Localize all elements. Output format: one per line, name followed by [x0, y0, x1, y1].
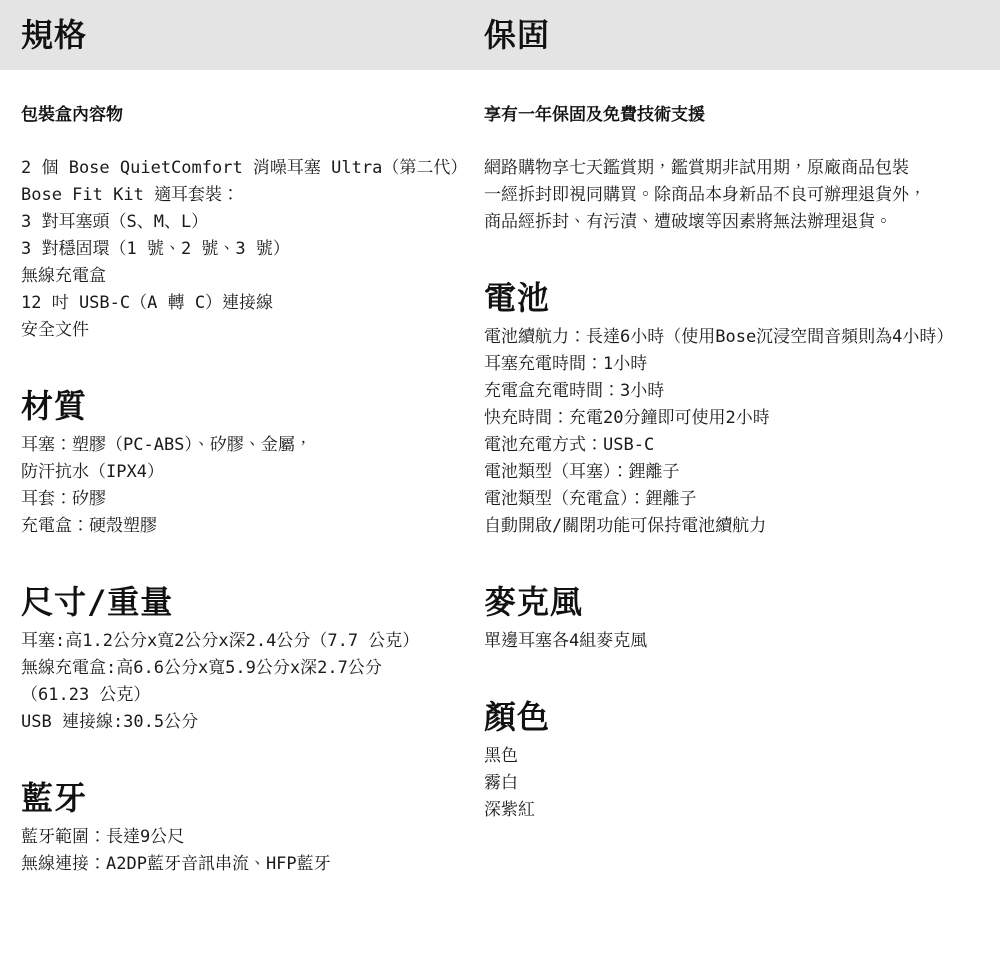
section-lines-microphone: 單邊耳塞各4組麥克風: [484, 628, 990, 655]
spec-line: （61.23 公克）: [21, 682, 484, 709]
section-lines-materials: 耳塞：塑膠（PC-ABS）、矽膠、金屬，防汗抗水（IPX4）耳套：矽膠充電盒：硬…: [21, 432, 484, 540]
specs-band-title: 規格: [21, 17, 484, 53]
section-lines-dimensions-weight: 耳塞:高1.2公分x寬2公分x深2.4公分（7.7 公克）無線充電盒:高6.6公…: [21, 628, 484, 736]
section-title-colors: 顏色: [484, 697, 990, 737]
spec-line: 防汗抗水（IPX4）: [21, 459, 484, 486]
section-dimensions-weight: 尺寸/重量耳塞:高1.2公分x寬2公分x深2.4公分（7.7 公克）無線充電盒:…: [21, 582, 484, 736]
section-box-contents: 包裝盒內容物2 個 Bose QuietComfort 消噪耳塞 Ultra（第…: [21, 104, 484, 344]
spec-line: 黑色: [484, 743, 990, 770]
spec-line: 商品經拆封、有污漬、遭破壞等因素將無法辦理退貨。: [484, 209, 990, 236]
spec-content: 包裝盒內容物2 個 Bose QuietComfort 消噪耳塞 Ultra（第…: [0, 70, 1000, 878]
spec-line: 充電盒充電時間：3小時: [484, 378, 990, 405]
page-header-band: 規格 保固: [0, 0, 1000, 70]
section-subtitle-box-contents: 包裝盒內容物: [21, 104, 484, 127]
section-subtitle-warranty-info: 享有一年保固及免費技術支援: [484, 104, 990, 127]
warranty-band-title: 保固: [484, 17, 990, 53]
spec-line: 自動開啟/關閉功能可保持電池續航力: [484, 513, 990, 540]
spec-line: 3 對耳塞頭（S、M、L）: [21, 209, 484, 236]
section-title-microphone: 麥克風: [484, 582, 990, 622]
section-lines-battery: 電池續航力：長達6小時（使用Bose沉浸空間音頻則為4小時）耳塞充電時間：1小時…: [484, 324, 990, 540]
section-title-dimensions-weight: 尺寸/重量: [21, 582, 484, 622]
section-lines-bluetooth: 藍牙範圍：長達9公尺無線連接：A2DP藍牙音訊串流、HFP藍牙: [21, 824, 484, 878]
spec-line: 電池類型（充電盒）：鋰離子: [484, 486, 990, 513]
section-microphone: 麥克風單邊耳塞各4組麥克風: [484, 582, 990, 655]
spec-line: 2 個 Bose QuietComfort 消噪耳塞 Ultra（第二代）: [21, 155, 484, 182]
spec-line: 霧白: [484, 770, 990, 797]
section-warranty-info: 享有一年保固及免費技術支援網路購物享七天鑑賞期，鑑賞期非試用期，原廠商品包裝一經…: [484, 104, 990, 236]
spec-line: 無線充電盒: [21, 263, 484, 290]
spec-line: 單邊耳塞各4組麥克風: [484, 628, 990, 655]
spec-line: 深紫紅: [484, 797, 990, 824]
spec-line: 無線連接：A2DP藍牙音訊串流、HFP藍牙: [21, 851, 484, 878]
spec-line: 一經拆封即視同購買。除商品本身新品不良可辦理退貨外，: [484, 182, 990, 209]
section-colors: 顏色黑色霧白深紫紅: [484, 697, 990, 824]
left-column: 包裝盒內容物2 個 Bose QuietComfort 消噪耳塞 Ultra（第…: [21, 70, 484, 878]
section-battery: 電池電池續航力：長達6小時（使用Bose沉浸空間音頻則為4小時）耳塞充電時間：1…: [484, 278, 990, 540]
spec-line: 電池類型（耳塞）：鋰離子: [484, 459, 990, 486]
section-lines-colors: 黑色霧白深紫紅: [484, 743, 990, 824]
spec-line: 充電盒：硬殼塑膠: [21, 513, 484, 540]
spec-line: 電池充電方式：USB-C: [484, 432, 990, 459]
section-title-bluetooth: 藍牙: [21, 778, 484, 818]
section-title-materials: 材質: [21, 386, 484, 426]
spec-line: 耳塞:高1.2公分x寬2公分x深2.4公分（7.7 公克）: [21, 628, 484, 655]
section-bluetooth: 藍牙藍牙範圍：長達9公尺無線連接：A2DP藍牙音訊串流、HFP藍牙: [21, 778, 484, 878]
spec-line: 安全文件: [21, 317, 484, 344]
section-title-battery: 電池: [484, 278, 990, 318]
right-column: 享有一年保固及免費技術支援網路購物享七天鑑賞期，鑑賞期非試用期，原廠商品包裝一經…: [484, 70, 990, 824]
spec-line: 12 吋 USB-C（A 轉 C）連接線: [21, 290, 484, 317]
spec-line: 藍牙範圍：長達9公尺: [21, 824, 484, 851]
spec-line: 快充時間：充電20分鐘即可使用2小時: [484, 405, 990, 432]
section-materials: 材質耳塞：塑膠（PC-ABS）、矽膠、金屬，防汗抗水（IPX4）耳套：矽膠充電盒…: [21, 386, 484, 540]
spec-line: 耳套：矽膠: [21, 486, 484, 513]
spec-line: 無線充電盒:高6.6公分x寬5.9公分x深2.7公分: [21, 655, 484, 682]
section-lines-box-contents: 2 個 Bose QuietComfort 消噪耳塞 Ultra（第二代）Bos…: [21, 155, 484, 344]
section-lines-warranty-info: 網路購物享七天鑑賞期，鑑賞期非試用期，原廠商品包裝一經拆封即視同購買。除商品本身…: [484, 155, 990, 236]
spec-line: 3 對穩固環（1 號、2 號、3 號）: [21, 236, 484, 263]
spec-line: 電池續航力：長達6小時（使用Bose沉浸空間音頻則為4小時）: [484, 324, 990, 351]
spec-line: Bose Fit Kit 適耳套裝：: [21, 182, 484, 209]
spec-line: 耳塞：塑膠（PC-ABS）、矽膠、金屬，: [21, 432, 484, 459]
spec-line: 網路購物享七天鑑賞期，鑑賞期非試用期，原廠商品包裝: [484, 155, 990, 182]
spec-line: 耳塞充電時間：1小時: [484, 351, 990, 378]
spec-line: USB 連接線:30.5公分: [21, 709, 484, 736]
